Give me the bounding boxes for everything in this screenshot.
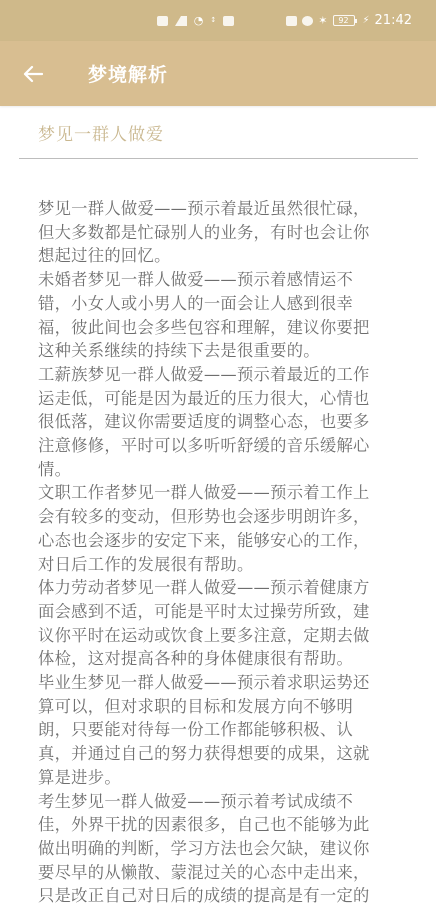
text-line: 议你平时在运动或饮食上要多注意，定期去做 [38, 624, 400, 648]
text-line: 福，彼此间也会多些包容和理解，建议你要把 [38, 316, 400, 340]
nfc-icon [286, 16, 297, 26]
text-line: 只是改正自己对日后的成绩的提高是有一定的 [38, 884, 400, 900]
charging-icon: ⚡ [363, 15, 370, 26]
back-button[interactable] [20, 61, 46, 87]
text-line: 面会感到不适，可能是平时太过操劳所致，建 [38, 600, 400, 624]
text-line: 运走低，可能是因为最近的压力很大，心情也 [38, 387, 400, 411]
text-line: 算可以，但对求职的目标和发展方向不够明 [38, 695, 400, 719]
battery-icon: 92 [333, 15, 355, 26]
text-line: 梦见一群人做爱——预示着最近虽然很忙碌， [38, 197, 400, 221]
data-speed-icon: ↕ [210, 17, 216, 24]
paragraph-manual-labor: 体力劳动者梦见一群人做爱——预示着健康方 面会感到不适，可能是平时太过操劳所致，… [38, 576, 400, 671]
text-line: 要尽早的从懒散、蒙混过关的心态中走出来， [38, 861, 400, 885]
article-title: 梦见一群人做爱 [38, 120, 164, 145]
battery-level: 92 [338, 16, 348, 25]
paragraph-clerical: 文职工作者梦见一群人做爱——预示着工作上 会有较多的变动，但形势也会逐步明朗许多… [38, 481, 400, 576]
text-line: 情。 [38, 458, 400, 482]
sim-icon [223, 16, 234, 26]
signal-icon [175, 16, 187, 26]
text-line: 很低落，建议你需要适度的调整心态，也要多 [38, 410, 400, 434]
status-bar: ◔ ↕ ✶ 92 ⚡ 21:42 [0, 0, 436, 41]
text-line: 会有较多的变动，但形势也会逐步明朗许多， [38, 505, 400, 529]
clock: 21:42 [375, 13, 412, 28]
paragraph-graduate: 毕业生梦见一群人做爱——预示着求职运势还 算可以，但对求职的目标和发展方向不够明… [38, 671, 400, 790]
divider [19, 158, 418, 159]
text-line: 错，小女人或小男人的一面会让人感到很幸 [38, 292, 400, 316]
text-line: 佳，外界干扰的因素很多，自己也不能够为此 [38, 813, 400, 837]
text-line: 算是进步。 [38, 766, 400, 790]
text-line: 体力劳动者梦见一群人做爱——预示着健康方 [38, 576, 400, 600]
text-line: 体检，这对提高各种的身体健康很有帮助。 [38, 647, 400, 671]
text-line: 但大多数都是忙碌别人的业务，有时也会让你 [38, 221, 400, 245]
hd-icon [157, 16, 168, 26]
text-line: 这种关系继续的持续下去是很重要的。 [38, 339, 400, 363]
text-line: 工薪族梦见一群人做爱——预示着最近的工作 [38, 363, 400, 387]
wifi-icon: ◔ [194, 16, 204, 26]
paragraph-office-worker: 工薪族梦见一群人做爱——预示着最近的工作 运走低，可能是因为最近的压力很大，心情… [38, 363, 400, 482]
text-line: 对日后工作的发展很有帮助。 [38, 553, 400, 577]
text-line: 真，并通过自己的努力获得想要的成果，这就 [38, 742, 400, 766]
paragraph-examinee: 考生梦见一群人做爱——预示着考试成绩不 佳，外界干扰的因素很多，自己也不能够为此… [38, 790, 400, 900]
text-line: 文职工作者梦见一群人做爱——预示着工作上 [38, 481, 400, 505]
text-line: 想起过往的回忆。 [38, 244, 400, 268]
text-line: 做出明确的判断，学习方法也会欠缺，建议你 [38, 837, 400, 861]
text-line: 心态也会逐步的安定下来，能够安心的工作， [38, 529, 400, 553]
article-body: 梦见一群人做爱——预示着最近虽然很忙碌， 但大多数都是忙碌别人的业务，有时也会让… [38, 197, 400, 900]
paragraph-unmarried: 未婚者梦见一群人做爱——预示着感情运不 错，小女人或小男人的一面会让人感到很幸 … [38, 268, 400, 363]
status-left-icons: ◔ ↕ [157, 16, 234, 26]
text-line: 未婚者梦见一群人做爱——预示着感情运不 [38, 268, 400, 292]
text-line: 毕业生梦见一群人做爱——预示着求职运势还 [38, 671, 400, 695]
text-line: 考生梦见一群人做爱——预示着考试成绩不 [38, 790, 400, 814]
alarm-icon [302, 16, 313, 26]
paragraph-general: 梦见一群人做爱——预示着最近虽然很忙碌， 但大多数都是忙碌别人的业务，有时也会让… [38, 197, 400, 268]
bluetooth-icon: ✶ [318, 16, 327, 26]
app-bar: 梦境解析 [0, 41, 436, 106]
text-line: 注意修修，平时可以多听听舒缓的音乐缓解心 [38, 434, 400, 458]
arrow-left-icon [23, 65, 43, 83]
status-right-icons: ✶ 92 ⚡ 21:42 [286, 13, 412, 28]
page-title: 梦境解析 [88, 60, 168, 87]
text-line: 朗，只要能对待每一份工作都能够积极、认 [38, 718, 400, 742]
